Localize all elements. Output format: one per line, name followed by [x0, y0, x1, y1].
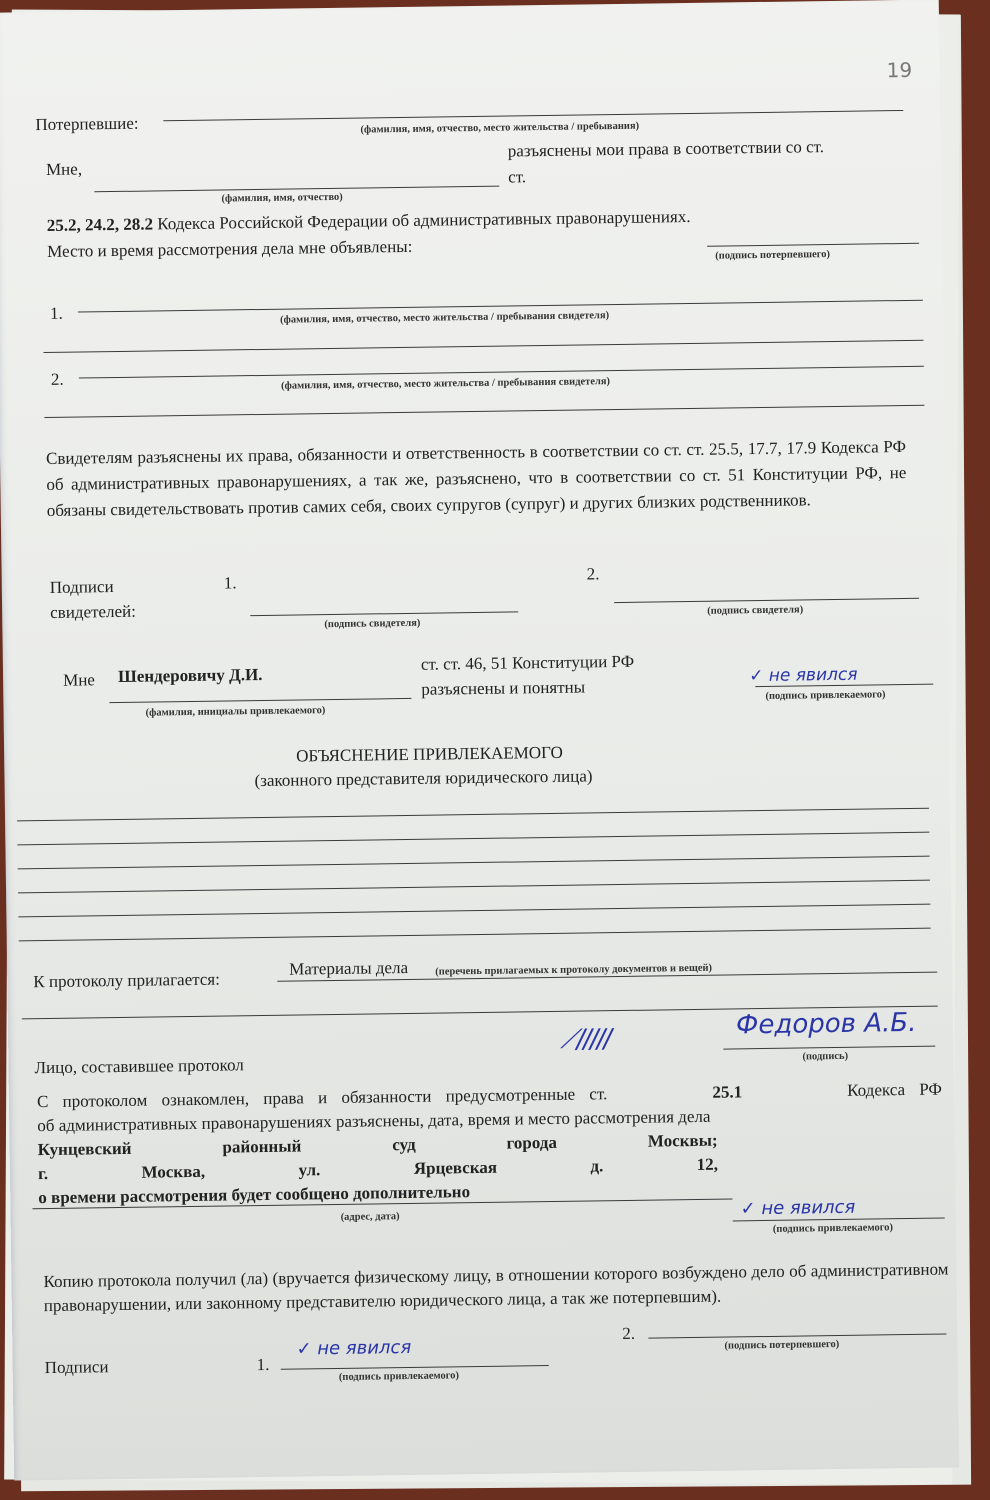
constitution-line-1: ст. ст. 46, 51 Конституции РФ [421, 652, 634, 675]
me-label: Мне, [46, 159, 82, 180]
address-caption: (адрес, дата) [341, 1211, 400, 1223]
explanation-line-6[interactable] [19, 928, 931, 942]
victims-label: Потерпевшие: [35, 114, 138, 135]
acknowledgement-text-start: С протоколом ознакомлен, права и обязанн… [37, 1084, 608, 1112]
accused-handwritten-note: ✓ не явился [749, 665, 858, 687]
witness-1-caption: (фамилия, имя, отчество, место жительств… [280, 310, 609, 326]
acknowledgement-text-end: Кодекса РФ [847, 1080, 942, 1101]
witness-sig-2-field[interactable] [614, 598, 919, 603]
copy-received-paragraph: Копию протокола получил (ла) (вручается … [43, 1257, 949, 1318]
explanation-line-5[interactable] [18, 904, 930, 918]
witness-sig-2-caption: (подпись свидетеля) [707, 604, 803, 616]
address-word: 12, [697, 1155, 719, 1175]
witness-sig-2-number: 2. [587, 564, 600, 584]
copy-sig-2-field[interactable] [648, 1333, 946, 1338]
address-word: Ярцевская [414, 1158, 498, 1179]
name-caption: (фамилия, имя, отчество) [221, 192, 343, 205]
protocol-page: 19 Потерпевшие: (фамилия, имя, отчество,… [0, 0, 959, 1481]
victim-signature-field[interactable] [707, 243, 919, 247]
page-number: 19 [887, 58, 913, 82]
explanation-line-4[interactable] [18, 880, 930, 894]
attachments-value: Материалы дела [289, 958, 408, 980]
copy-sig-1-field[interactable] [281, 1365, 549, 1370]
witness-signatures-label-2: свидетелей: [50, 602, 136, 623]
name-field[interactable] [94, 186, 499, 193]
acknowledgement-article: 25.1 [712, 1082, 742, 1102]
address-word: г. [38, 1164, 48, 1184]
copy-signatures-label: Подписи [45, 1357, 109, 1378]
acknowledgement-handwritten-note: ✓ не явился [740, 1197, 855, 1220]
constitution-line-2: разъяснены и понятны [421, 677, 585, 699]
place-time-text: Место и время рассмотрения дела мне объя… [47, 237, 413, 262]
witness-1-field[interactable] [78, 300, 923, 313]
witness-2-field[interactable] [79, 366, 924, 379]
copy-sig-1-handwritten: ✓ не явился [296, 1337, 411, 1360]
compiler-label: Лицо, составившее протокол [34, 1055, 244, 1078]
witness-signatures-label-1: Подписи [50, 577, 114, 598]
court-word: суд [392, 1135, 416, 1155]
witness-1-field-continued[interactable] [44, 340, 924, 353]
acknowledgement-signature-caption: (подпись привлекаемого) [773, 1222, 893, 1235]
copy-sig-1-number: 1. [257, 1355, 270, 1375]
explanation-subtitle: (законного представителя юридического ли… [254, 766, 592, 791]
court-word: города [506, 1133, 557, 1154]
rights-st-text: ст. [508, 167, 526, 187]
victims-field[interactable] [163, 110, 903, 121]
explanation-title: ОБЪЯСНЕНИЕ ПРИВЛЕКАЕМОГО [296, 743, 563, 767]
code-text: Кодекса Российской Федерации об админист… [153, 207, 691, 234]
rights-explained-text: разъяснены мои права в соответствии со с… [508, 137, 824, 161]
compiler-signature-caption: (подпись) [802, 1051, 848, 1063]
explanation-line-2[interactable] [17, 832, 929, 846]
witness-2-caption: (фамилия, имя, отчество, место жительств… [281, 376, 610, 392]
witness-2-field-continued[interactable] [44, 405, 924, 418]
articles-line: 25.2, 24.2, 28.2 Кодекса Российской Феде… [47, 207, 691, 236]
witness-1-number: 1. [50, 304, 63, 324]
witness-sig-1-caption: (подпись свидетеля) [324, 618, 420, 630]
accused-signature-caption: (подпись привлекаемого) [765, 689, 885, 702]
address-word: д. [590, 1156, 603, 1176]
compiler-signature-scribble: ⟋∕∕∕∕∕ [560, 1024, 610, 1056]
victim-signature-caption: (подпись потерпевшего) [715, 249, 830, 262]
articles-bold: 25.2, 24.2, 28.2 [47, 214, 154, 234]
accused-me-label: Мне [63, 670, 95, 690]
victims-caption: (фамилия, имя, отчество, место жительств… [360, 121, 639, 136]
address-word: Москва, [141, 1162, 205, 1183]
acknowledgement-line-1: С протоколом ознакомлен, права и обязанн… [37, 1080, 942, 1113]
attachments-label: К протоколу прилагается: [33, 970, 220, 993]
witness-sig-1-number: 1. [224, 573, 237, 593]
court-word: районный [222, 1136, 301, 1157]
copy-sig-1-caption: (подпись привлекаемого) [339, 1370, 459, 1383]
accused-name: Шендеровичу Д.И. [118, 665, 263, 687]
copy-sig-2-number: 2. [622, 1324, 635, 1344]
copy-sig-2-caption: (подпись потерпевшего) [724, 1339, 839, 1352]
explanation-line-3[interactable] [18, 856, 930, 870]
compiler-handwritten-name: Федоров А.Б. [736, 1008, 917, 1041]
court-word: Москвы; [648, 1131, 718, 1152]
accused-name-caption: (фамилия, инициалы привлекаемого) [146, 705, 326, 719]
witness-2-number: 2. [51, 370, 64, 390]
witness-rights-paragraph: Свидетелям разъяснены их права, обязанно… [46, 434, 907, 524]
address-line: г. Москва, ул. Ярцевская д. 12, [38, 1155, 718, 1184]
witness-sig-1-field[interactable] [250, 611, 518, 616]
court-word: Кунцевский [38, 1139, 132, 1160]
address-word: ул. [298, 1160, 320, 1180]
compiler-signature-field[interactable] [723, 1046, 935, 1050]
explanation-line-1[interactable] [17, 808, 929, 822]
accused-name-field[interactable] [109, 698, 411, 703]
